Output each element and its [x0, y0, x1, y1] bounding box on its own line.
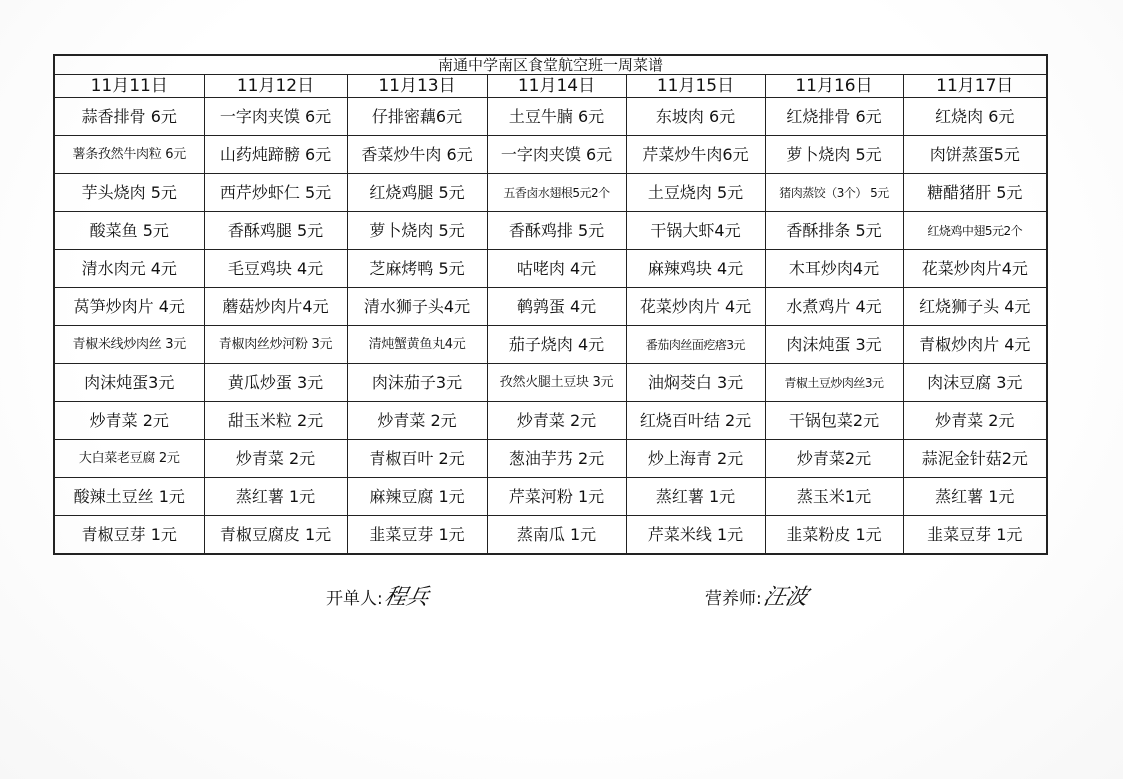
date-header: 11月16日 — [765, 75, 903, 98]
nutritionist-signature: 营养师:汪波 — [705, 580, 808, 611]
dish-row: 炒青菜 2元 甜玉米粒 2元 炒青菜 2元 炒青菜 2元 红烧百叶结 2元 干锅… — [54, 402, 1047, 440]
dish-cell: 干锅大虾4元 — [626, 212, 765, 250]
dish-cell: 肉沫炖蛋3元 — [54, 364, 204, 402]
dish-cell: 酸辣土豆丝 1元 — [54, 478, 204, 516]
issuer-signature: 开单人:程兵 — [326, 580, 429, 611]
dish-cell: 萝卜烧肉 5元 — [765, 136, 903, 174]
dish-cell: 鹌鹑蛋 4元 — [487, 288, 626, 326]
dish-cell: 蒸玉米1元 — [765, 478, 903, 516]
dish-cell: 黄瓜炒蛋 3元 — [204, 364, 347, 402]
dish-row: 大白菜老豆腐 2元 炒青菜 2元 青椒百叶 2元 葱油芋艿 2元 炒上海青 2元… — [54, 440, 1047, 478]
menu-title: 南通中学南区食堂航空班一周菜谱 — [54, 55, 1047, 75]
dish-cell: 油焖茭白 3元 — [626, 364, 765, 402]
dish-cell: 炒青菜 2元 — [903, 402, 1047, 440]
date-header-row: 11月11日 11月12日 11月13日 11月14日 11月15日 11月16… — [54, 75, 1047, 98]
dish-cell: 土豆烧肉 5元 — [626, 174, 765, 212]
dish-row: 青椒豆芽 1元 青椒豆腐皮 1元 韭菜豆芽 1元 蒸南瓜 1元 芹菜米线 1元 … — [54, 516, 1047, 555]
date-header: 11月15日 — [626, 75, 765, 98]
dish-cell: 花菜炒肉片 4元 — [626, 288, 765, 326]
dish-cell: 干锅包菜2元 — [765, 402, 903, 440]
dish-cell: 孜然火腿土豆块 3元 — [487, 364, 626, 402]
dish-cell: 红烧鸡中翅5元2个 — [903, 212, 1047, 250]
dish-cell: 蒸红薯 1元 — [204, 478, 347, 516]
dish-cell: 青椒肉丝炒河粉 3元 — [204, 326, 347, 364]
dish-row: 蒜香排骨 6元 一字肉夹馍 6元 仔排密藕6元 土豆牛腩 6元 东坡肉 6元 红… — [54, 98, 1047, 136]
dish-cell: 东坡肉 6元 — [626, 98, 765, 136]
issuer-label: 开单人: — [326, 589, 383, 609]
dish-cell: 葱油芋艿 2元 — [487, 440, 626, 478]
dish-cell: 萝卜烧肉 5元 — [347, 212, 487, 250]
dish-cell: 炒上海青 2元 — [626, 440, 765, 478]
dish-cell: 毛豆鸡块 4元 — [204, 250, 347, 288]
dish-cell: 薯条孜然牛肉粒 6元 — [54, 136, 204, 174]
dish-row: 莴笋炒肉片 4元 蘑菇炒肉片4元 清水狮子头4元 鹌鹑蛋 4元 花菜炒肉片 4元… — [54, 288, 1047, 326]
dish-row: 酸菜鱼 5元 香酥鸡腿 5元 萝卜烧肉 5元 香酥鸡排 5元 干锅大虾4元 香酥… — [54, 212, 1047, 250]
issuer-handwritten-name: 程兵 — [381, 580, 432, 611]
dish-cell: 芹菜炒牛肉6元 — [626, 136, 765, 174]
dish-row: 芋头烧肉 5元 西芹炒虾仁 5元 红烧鸡腿 5元 五香卤水翅根5元2个 土豆烧肉… — [54, 174, 1047, 212]
dish-cell: 炒青菜 2元 — [54, 402, 204, 440]
dish-row: 青椒米线炒肉丝 3元 青椒肉丝炒河粉 3元 清炖蟹黄鱼丸4元 茄子烧肉 4元 番… — [54, 326, 1047, 364]
dish-cell: 茄子烧肉 4元 — [487, 326, 626, 364]
dish-cell: 青椒土豆炒肉丝3元 — [765, 364, 903, 402]
dish-cell: 糖醋猪肝 5元 — [903, 174, 1047, 212]
dish-cell: 香菜炒牛肉 6元 — [347, 136, 487, 174]
dish-cell: 青椒炒肉片 4元 — [903, 326, 1047, 364]
nutritionist-label: 营养师: — [705, 589, 762, 609]
dish-row: 肉沫炖蛋3元 黄瓜炒蛋 3元 肉沫茄子3元 孜然火腿土豆块 3元 油焖茭白 3元… — [54, 364, 1047, 402]
date-header: 11月14日 — [487, 75, 626, 98]
dish-cell: 莴笋炒肉片 4元 — [54, 288, 204, 326]
date-header: 11月11日 — [54, 75, 204, 98]
dish-cell: 山药炖蹄髈 6元 — [204, 136, 347, 174]
dish-cell: 香酥鸡排 5元 — [487, 212, 626, 250]
dish-cell: 水煮鸡片 4元 — [765, 288, 903, 326]
dish-cell: 炒青菜 2元 — [487, 402, 626, 440]
dish-row: 清水肉元 4元 毛豆鸡块 4元 芝麻烤鸭 5元 咕咾肉 4元 麻辣鸡块 4元 木… — [54, 250, 1047, 288]
dish-cell: 肉沫豆腐 3元 — [903, 364, 1047, 402]
dish-cell: 木耳炒肉4元 — [765, 250, 903, 288]
dish-cell: 红烧百叶结 2元 — [626, 402, 765, 440]
dish-row: 薯条孜然牛肉粒 6元 山药炖蹄髈 6元 香菜炒牛肉 6元 一字肉夹馍 6元 芹菜… — [54, 136, 1047, 174]
date-header: 11月13日 — [347, 75, 487, 98]
dish-cell: 炒青菜 2元 — [347, 402, 487, 440]
dish-cell: 蒜香排骨 6元 — [54, 98, 204, 136]
date-header: 11月12日 — [204, 75, 347, 98]
dish-cell: 清炖蟹黄鱼丸4元 — [347, 326, 487, 364]
dish-cell: 五香卤水翅根5元2个 — [487, 174, 626, 212]
dish-cell: 一字肉夹馍 6元 — [204, 98, 347, 136]
dish-cell: 土豆牛腩 6元 — [487, 98, 626, 136]
weekly-menu-table: 南通中学南区食堂航空班一周菜谱 11月11日 11月12日 11月13日 11月… — [53, 54, 1048, 555]
dish-cell: 红烧鸡腿 5元 — [347, 174, 487, 212]
dish-row: 酸辣土豆丝 1元 蒸红薯 1元 麻辣豆腐 1元 芹菜河粉 1元 蒸红薯 1元 蒸… — [54, 478, 1047, 516]
dish-cell: 青椒豆芽 1元 — [54, 516, 204, 555]
nutritionist-handwritten-name: 汪波 — [760, 580, 811, 611]
dish-cell: 肉沫炖蛋 3元 — [765, 326, 903, 364]
dish-cell: 青椒百叶 2元 — [347, 440, 487, 478]
dish-cell: 麻辣鸡块 4元 — [626, 250, 765, 288]
dish-cell: 蒸红薯 1元 — [626, 478, 765, 516]
dish-cell: 番茄肉丝面疙瘩3元 — [626, 326, 765, 364]
dish-cell: 一字肉夹馍 6元 — [487, 136, 626, 174]
dish-cell: 芋头烧肉 5元 — [54, 174, 204, 212]
dish-cell: 西芹炒虾仁 5元 — [204, 174, 347, 212]
dish-cell: 芝麻烤鸭 5元 — [347, 250, 487, 288]
date-header: 11月17日 — [903, 75, 1047, 98]
title-row: 南通中学南区食堂航空班一周菜谱 — [54, 55, 1047, 75]
dish-cell: 甜玉米粒 2元 — [204, 402, 347, 440]
dish-cell: 蒸红薯 1元 — [903, 478, 1047, 516]
dish-cell: 酸菜鱼 5元 — [54, 212, 204, 250]
dish-cell: 大白菜老豆腐 2元 — [54, 440, 204, 478]
dish-cell: 芹菜米线 1元 — [626, 516, 765, 555]
dish-cell: 肉沫茄子3元 — [347, 364, 487, 402]
dish-cell: 香酥鸡腿 5元 — [204, 212, 347, 250]
dish-cell: 韭菜豆芽 1元 — [903, 516, 1047, 555]
dish-cell: 香酥排条 5元 — [765, 212, 903, 250]
dish-cell: 蒜泥金针菇2元 — [903, 440, 1047, 478]
dish-cell: 仔排密藕6元 — [347, 98, 487, 136]
dish-cell: 肉饼蒸蛋5元 — [903, 136, 1047, 174]
dish-cell: 炒青菜 2元 — [204, 440, 347, 478]
dish-cell: 红烧排骨 6元 — [765, 98, 903, 136]
dish-cell: 蒸南瓜 1元 — [487, 516, 626, 555]
dish-cell: 清水肉元 4元 — [54, 250, 204, 288]
dish-cell: 青椒豆腐皮 1元 — [204, 516, 347, 555]
dish-cell: 猪肉蒸饺（3个） 5元 — [765, 174, 903, 212]
document-page: 南通中学南区食堂航空班一周菜谱 11月11日 11月12日 11月13日 11月… — [0, 0, 1123, 779]
dish-cell: 清水狮子头4元 — [347, 288, 487, 326]
dish-cell: 红烧狮子头 4元 — [903, 288, 1047, 326]
dish-cell: 花菜炒肉片4元 — [903, 250, 1047, 288]
dish-cell: 芹菜河粉 1元 — [487, 478, 626, 516]
dish-cell: 麻辣豆腐 1元 — [347, 478, 487, 516]
dish-cell: 炒青菜2元 — [765, 440, 903, 478]
dish-cell: 咕咾肉 4元 — [487, 250, 626, 288]
dish-cell: 红烧肉 6元 — [903, 98, 1047, 136]
dish-cell: 蘑菇炒肉片4元 — [204, 288, 347, 326]
dish-cell: 韭菜粉皮 1元 — [765, 516, 903, 555]
dish-cell: 韭菜豆芽 1元 — [347, 516, 487, 555]
dish-cell: 青椒米线炒肉丝 3元 — [54, 326, 204, 364]
